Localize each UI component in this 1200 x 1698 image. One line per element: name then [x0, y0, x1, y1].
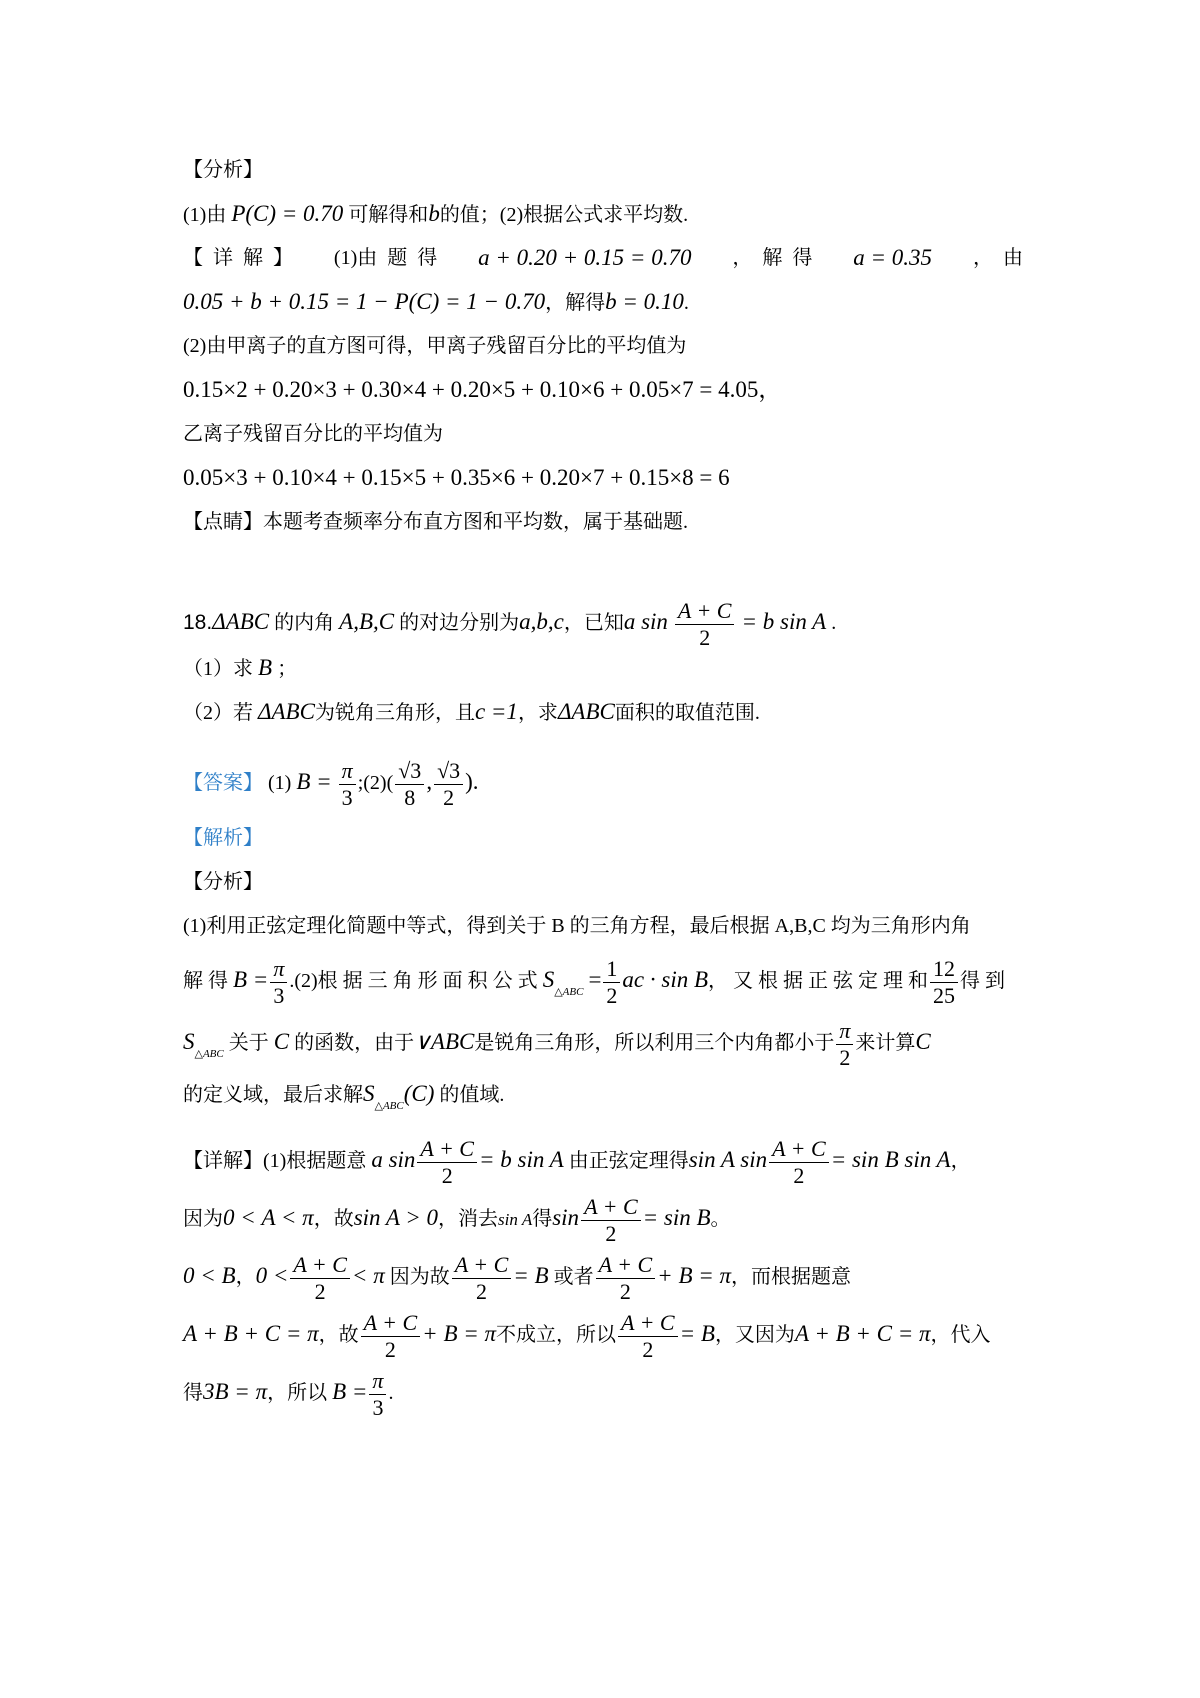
text: 乙离子残留百分比的平均值为	[183, 423, 443, 445]
formula: 0.05 + b + 0.15 = 1 − P(C) = 1 − 0.70	[183, 289, 545, 314]
text: 的函数，由于	[294, 1032, 414, 1054]
text: ， 由	[973, 244, 1023, 272]
text: 得 到	[960, 970, 1005, 992]
formula: < π	[352, 1263, 385, 1288]
formula: =	[588, 967, 601, 992]
text: （1）求	[183, 658, 253, 680]
detail-line-d: A + B + C = π，故A + C2+ B = π不成立，所以A + C2…	[183, 1310, 991, 1363]
fraction: A + C2	[675, 598, 735, 651]
text: ，又因为	[715, 1324, 795, 1346]
fraction: A + C2	[618, 1310, 678, 1363]
text: ，	[236, 1266, 256, 1288]
formula: (1)	[268, 772, 291, 794]
analysis-line-1: (1)利用正弦定理化简题中等式，得到关于 B 的三角方程，最后根据 A,B,C …	[183, 912, 971, 940]
formula: sin A sin	[689, 1147, 767, 1172]
detail-label: 【 详 解 】	[183, 244, 293, 272]
analysis-line-3: S△ABC 关于 C 的函数，由于∨ABC是锐角三角形，所以利用三个内角都小于π…	[183, 1018, 931, 1071]
formula: S	[183, 1029, 195, 1054]
fraction: π2	[836, 1018, 853, 1071]
text: 为锐角三角形，且	[315, 702, 475, 724]
text: ；	[277, 658, 297, 680]
text: (2)由甲离子的直方图可得，甲离子残留百分比的平均值为	[183, 335, 686, 357]
formula: = B	[513, 1263, 548, 1288]
formula: A,B,C	[339, 609, 394, 634]
detail-line-3: (2)由甲离子的直方图可得，甲离子残留百分比的平均值为	[183, 332, 686, 360]
analysis-line-2: 解 得 B =π3.(2)根 据 三 角 形 面 积 公 式 S△ABC =12…	[183, 956, 1005, 1009]
formula: b = 0.10	[605, 289, 684, 314]
text: ，	[951, 1150, 971, 1172]
comment-line: 【点睛】本题考查频率分布直方图和平均数，属于基础题.	[183, 508, 688, 536]
text: .	[684, 292, 689, 314]
text: ， 又 根 据 正 弦 定 理 和	[708, 970, 928, 992]
analysis-text: (1)由 P(C) = 0.70 可解得和b的值；(2)根据公式求平均数.	[183, 200, 688, 229]
text: 是锐角三角形，所以利用三个内角都小于	[474, 1032, 834, 1054]
formula: B =	[296, 769, 331, 794]
formula: sin A	[498, 1210, 532, 1229]
analysis-label: 【分析】	[183, 871, 263, 893]
analysis-heading-2: 【分析】	[183, 868, 263, 896]
text: 由正弦定理得	[569, 1150, 689, 1172]
analysis-line-4: 的定义域，最后求解S△ABC(C) 的值域.	[183, 1080, 504, 1120]
fraction: π3	[369, 1368, 386, 1421]
fraction: π3	[339, 758, 356, 811]
question-18-part-2: （2）若 ΔABC为锐角三角形，且c =1，求ΔABC面积的取值范围.	[183, 698, 760, 727]
document-page: 【分析】 (1)由 P(C) = 0.70 可解得和b的值；(2)根据公式求平均…	[0, 0, 1200, 1698]
fraction: 12	[603, 956, 620, 1009]
text: ，求	[518, 702, 558, 724]
fraction: A + C2	[290, 1252, 350, 1305]
analysis-label: 【分析】	[183, 159, 263, 181]
text: ，代入	[931, 1324, 991, 1346]
formula: B =	[233, 967, 268, 992]
formula: + B = π	[657, 1263, 731, 1288]
formula: 0 <	[256, 1263, 289, 1288]
subscript: △ABC	[195, 1048, 224, 1060]
fraction: A + C2	[417, 1136, 477, 1189]
text: ， 解 得	[732, 244, 812, 272]
text: ，消去	[438, 1208, 498, 1230]
formula: + B = π	[422, 1321, 496, 1346]
formula: a sin	[371, 1147, 415, 1172]
text: 得	[183, 1382, 203, 1404]
detail-line-2: 0.05 + b + 0.15 = 1 − P(C) = 1 − 0.70，解得…	[183, 288, 689, 317]
formula: = b sin A	[479, 1147, 564, 1172]
text: .	[831, 612, 836, 634]
formula: ,	[426, 769, 432, 794]
text: 或者	[554, 1266, 594, 1288]
text: 的内角	[274, 612, 334, 634]
text: ，所以	[267, 1382, 327, 1404]
detail-line-c: 0 < B，0 <A + C2< π 因为故A + C2= B 或者A + C2…	[183, 1252, 851, 1305]
formula: S	[543, 967, 555, 992]
text: ，解得	[545, 292, 605, 314]
fraction: 1225	[930, 956, 958, 1009]
text: 。	[711, 1208, 731, 1230]
formula: = b sin A	[741, 609, 826, 634]
fraction: π3	[270, 956, 287, 1009]
text: .	[388, 1382, 393, 1404]
detail-line-5: 乙离子残留百分比的平均值为	[183, 420, 443, 448]
text: 不成立，所以	[496, 1324, 616, 1346]
formula: a = 0.35	[853, 244, 932, 272]
text: 解 得	[183, 970, 228, 992]
fraction: A + C2	[581, 1194, 641, 1247]
formula: A + B + C = π	[795, 1321, 931, 1346]
fraction: A + C2	[452, 1252, 512, 1305]
text: (1)根据题意	[263, 1150, 366, 1172]
formula: a,b,c	[519, 609, 564, 634]
text: 因为故	[390, 1266, 450, 1288]
text: ，而根据题意	[731, 1266, 851, 1288]
formula: sin A > 0	[354, 1205, 438, 1230]
formula: c =1	[475, 699, 518, 724]
text: 的值域.	[439, 1084, 504, 1106]
formula: 0.15×2 + 0.20×3 + 0.30×4 + 0.20×5 + 0.10…	[183, 377, 781, 402]
text: 面积的取值范围.	[615, 702, 760, 724]
detail-line-b: 因为0 < A < π，故sin A > 0，消去sin A得sinA + C2…	[183, 1194, 731, 1247]
formula: ΔABC	[212, 609, 269, 634]
fraction: A + C2	[361, 1310, 421, 1363]
subscript: △ABC	[554, 986, 583, 998]
fraction: √38	[395, 758, 424, 811]
formula: ).	[465, 769, 478, 794]
formula: C	[274, 1029, 289, 1054]
text: .(2)根 据 三 角 形 面 积 公 式	[289, 970, 537, 992]
formula: ∨ABC	[414, 1029, 474, 1054]
formula: = sin B sin A	[831, 1147, 951, 1172]
formula: 0 < B	[183, 1263, 236, 1288]
formula: S	[363, 1081, 375, 1106]
text: 本题考查频率分布直方图和平均数，属于基础题.	[263, 511, 688, 533]
text: ，故	[319, 1324, 359, 1346]
formula: b	[428, 201, 440, 226]
formula: ΔABC	[258, 699, 315, 724]
formula: 3B = π	[203, 1379, 267, 1404]
answer-label: 【答案】	[183, 772, 263, 794]
formula: P(C) = 0.70	[231, 201, 343, 226]
formula: 0.05×3 + 0.10×4 + 0.15×5 + 0.35×6 + 0.20…	[183, 465, 730, 490]
formula: (C)	[404, 1081, 435, 1106]
formula: ΔABC	[558, 699, 615, 724]
text: ，已知	[564, 612, 624, 634]
formula: a + 0.20 + 0.15 = 0.70	[478, 244, 691, 272]
fraction: √32	[434, 758, 463, 811]
detail-line-e: 得3B = π，所以 B =π3.	[183, 1368, 393, 1421]
formula: C	[915, 1029, 930, 1054]
detail-line-1: 【 详 解 】 (1)由 题 得 a + 0.20 + 0.15 = 0.70 …	[183, 244, 1023, 272]
text: (1)利用正弦定理化简题中等式，得到关于 B 的三角方程，最后根据 A,B,C …	[183, 915, 971, 937]
text: 得	[532, 1208, 552, 1230]
formula: ac · sin B	[622, 967, 708, 992]
formula: sin	[552, 1205, 579, 1230]
subscript: △ABC	[375, 1100, 404, 1112]
text: 的定义域，最后求解	[183, 1084, 363, 1106]
question-18-part-1: （1）求 B ；	[183, 654, 297, 683]
answer-line: 【答案】 (1) B = π3;(2)(√38,√32).	[183, 758, 479, 811]
text: 因为	[183, 1208, 223, 1230]
detail-line-a: 【详解】(1)根据题意 a sinA + C2= b sin A 由正弦定理得s…	[183, 1136, 971, 1189]
formula: = B	[680, 1321, 715, 1346]
formula: A + B + C = π	[183, 1321, 319, 1346]
fraction: A + C2	[596, 1252, 656, 1305]
formula: B =	[332, 1379, 367, 1404]
formula: = sin B	[643, 1205, 711, 1230]
text: 的值；(2)根据公式求平均数.	[440, 204, 688, 226]
text: (1)由 题 得	[334, 244, 437, 272]
text: 可解得和	[348, 204, 428, 226]
question-18-stem: 18.ΔABC 的内角 A,B,C 的对边分别为a,b,c，已知a sin A …	[183, 598, 836, 651]
detail-line-6: 0.05×3 + 0.10×4 + 0.15×5 + 0.35×6 + 0.20…	[183, 464, 730, 493]
detail-label: 【详解】	[183, 1150, 263, 1172]
text: （2）若	[183, 702, 253, 724]
text: ，故	[314, 1208, 354, 1230]
text: 的对边分别为	[399, 612, 519, 634]
text: 关于	[229, 1032, 269, 1054]
formula: a sin	[624, 609, 668, 634]
explain-label: 【解析】	[183, 827, 263, 849]
detail-line-4: 0.15×2 + 0.20×3 + 0.30×4 + 0.20×5 + 0.10…	[183, 376, 781, 405]
analysis-heading: 【分析】	[183, 156, 263, 184]
comment-label: 【点睛】	[183, 511, 263, 533]
formula: 0 < A < π	[223, 1205, 314, 1230]
formula: ;(2)(	[358, 772, 394, 794]
question-number: 18.	[183, 611, 212, 634]
fraction: A + C2	[769, 1136, 829, 1189]
formula: B	[258, 655, 272, 680]
explain-heading: 【解析】	[183, 824, 263, 852]
text: 来计算	[855, 1032, 915, 1054]
text: (1)由	[183, 204, 226, 226]
